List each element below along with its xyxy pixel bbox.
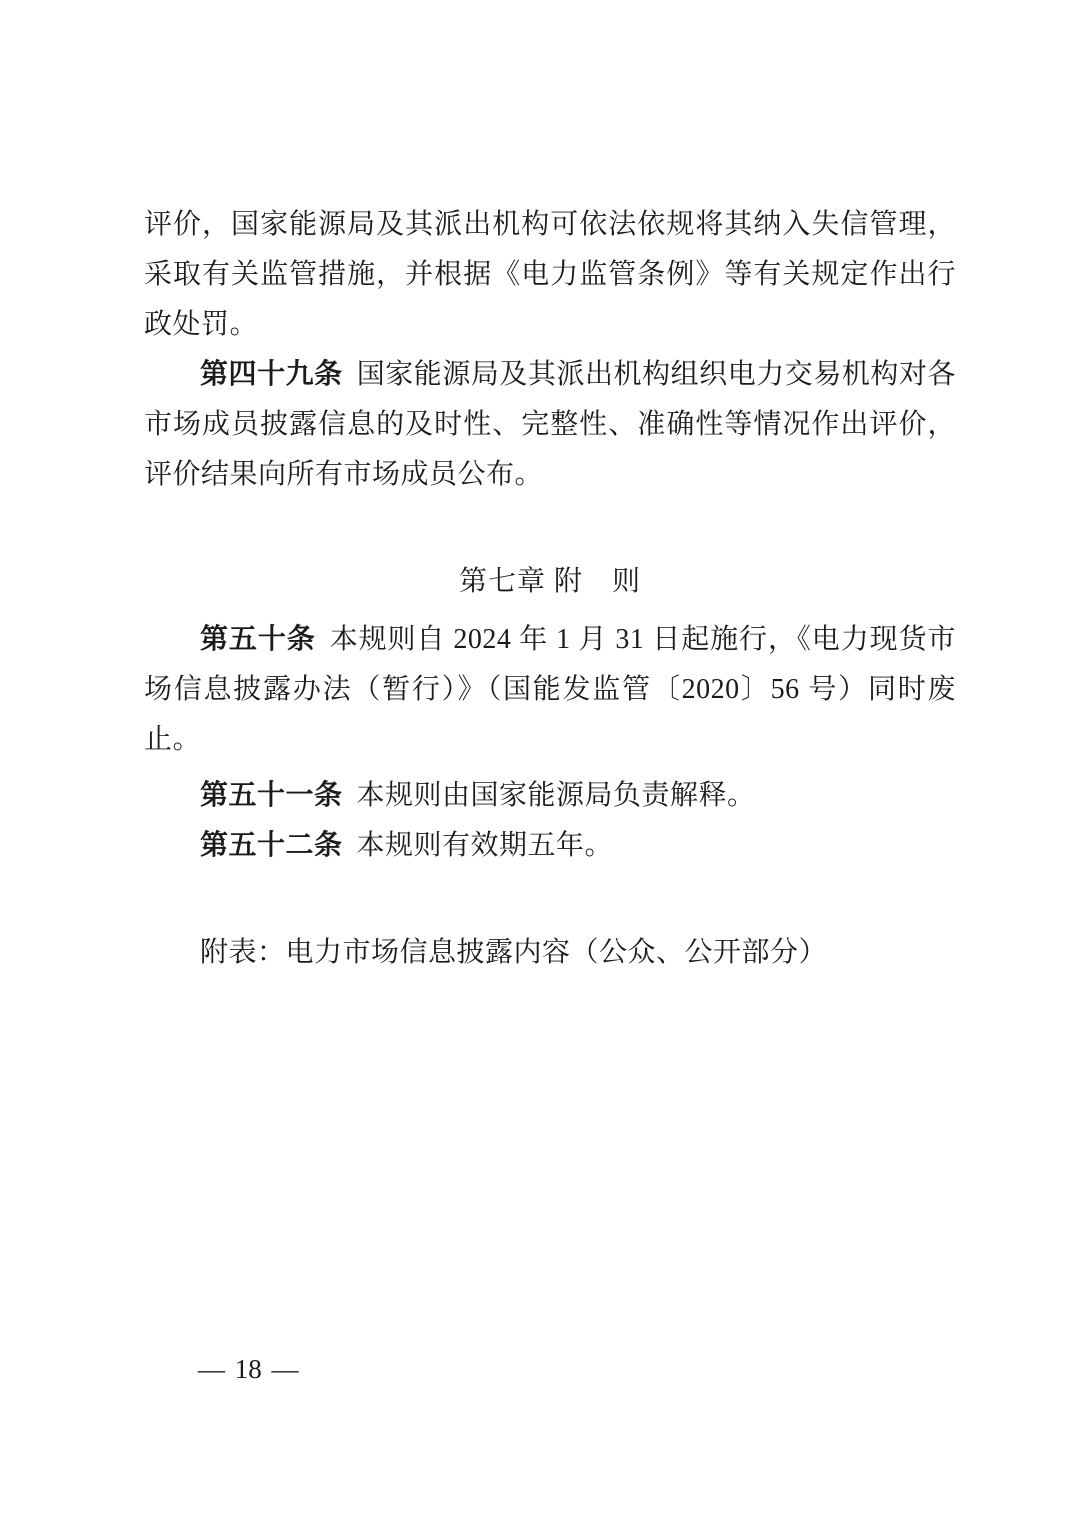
document-page: 评价，国家能源局及其派出机构可依法依规将其纳入失信管理，采取有关监管措施，并根据… [0, 0, 1080, 1527]
article-51-number: 第五十一条 [200, 780, 343, 811]
continuation-paragraph: 评价，国家能源局及其派出机构可依法依规将其纳入失信管理，采取有关监管措施，并根据… [144, 200, 956, 350]
paragraph-text: 本规则有效期五年。 [357, 830, 614, 861]
article-50-number: 第五十条 [200, 624, 316, 655]
article-50-paragraph: 第五十条本规则自 2024 年 1 月 31 日起施行，《电力现货市场信息披露办… [144, 615, 956, 765]
article-52-paragraph: 第五十二条本规则有效期五年。 [144, 821, 956, 871]
article-49-number: 第四十九条 [200, 359, 343, 390]
chapter-7-heading: 第七章 附 则 [144, 557, 956, 607]
article-49-paragraph: 第四十九条国家能源局及其派出机构组织电力交易机构对各市场成员披露信息的及时性、完… [144, 350, 956, 500]
paragraph-text: 本规则由国家能源局负责解释。 [357, 780, 756, 811]
document-body: 评价，国家能源局及其派出机构可依法依规将其纳入失信管理，采取有关监管措施，并根据… [144, 200, 956, 978]
article-52-number: 第五十二条 [200, 830, 343, 861]
page-number-footer: — 18 — [198, 1352, 299, 1386]
article-51-paragraph: 第五十一条本规则由国家能源局负责解释。 [144, 771, 956, 821]
paragraph-text: 评价，国家能源局及其派出机构可依法依规将其纳入失信管理，采取有关监管措施，并根据… [144, 209, 956, 340]
annex-note: 附表：电力市场信息披露内容（公众、公开部分） [144, 928, 956, 978]
